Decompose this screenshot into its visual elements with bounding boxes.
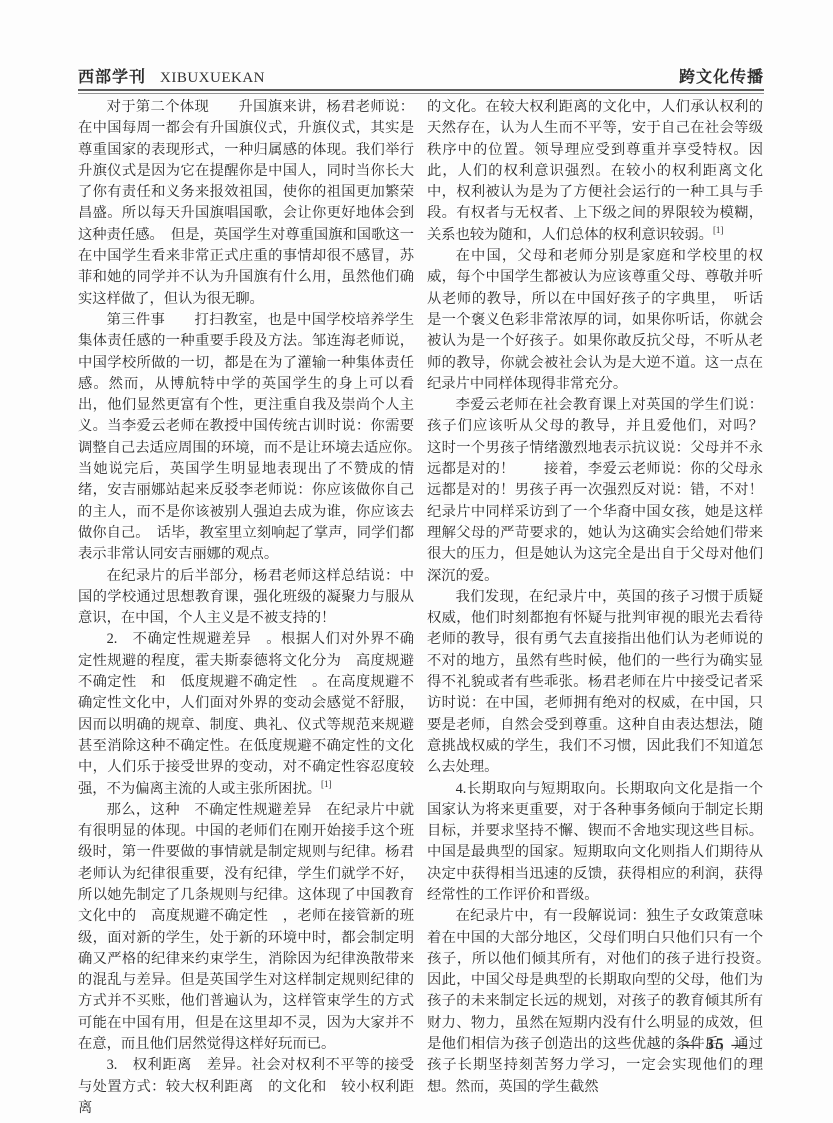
right-column: 的文化。在较大权利距离的文化中，人们承认权利的天然存在，认为人生而不平等，安于自… <box>427 97 763 1119</box>
paragraph: 4.长期取向与短期取向。长期取向文化是指一个国家认为将来更重要，对于各种事务倾向… <box>427 779 763 907</box>
journal-title-group: 西部学刊 XIBUXUEKAN <box>78 64 265 87</box>
paragraph: 第三件事 打扫教室，也是中国学校培养学生集体责任感的一种重要手段及方法。邹连海老… <box>78 310 414 566</box>
journal-name: 西部学刊 <box>78 64 146 87</box>
paragraph: 3. 权利距离 差异。社会对权利不平等的接受与处置方式：较大权利距离 的文化和 … <box>78 1055 414 1119</box>
paragraph: 对于第二个体现 升国旗来讲，杨君老师说：在中国每周一都会有升国旗仪式，升旗仪式，… <box>78 97 414 310</box>
article-body: 对于第二个体现 升国旗来讲，杨君老师说：在中国每周一都会有升国旗仪式，升旗仪式，… <box>78 97 764 1119</box>
page-number: — 35 — <box>683 1036 749 1054</box>
header-double-rule <box>78 89 764 94</box>
paragraph: 李爱云老师在社会教育课上对英国的学生们说：孩子们应该听从父母的教导，并且爱他们，… <box>427 395 763 587</box>
paragraph: 的文化。在较大权利距离的文化中，人们承认权利的天然存在，认为人生而不平等，安于自… <box>427 97 763 246</box>
footnote-ref: [1] <box>713 225 724 235</box>
left-column: 对于第二个体现 升国旗来讲，杨君老师说：在中国每周一都会有升国旗仪式，升旗仪式，… <box>78 97 414 1119</box>
paragraph: 在纪录片的后半部分，杨君老师这样总结说：中国的学校通过思想教育课，强化班级的凝聚… <box>78 566 414 630</box>
footnote-ref: [1] <box>321 779 332 789</box>
paragraph: 2. 不确定性规避差异 。根据人们对外界不确定性规避的程度，霍夫斯泰德将文化分为… <box>78 629 414 799</box>
paragraph: 那么，这种 不确定性规避差异 在纪录片中就有很明显的体现。中国的老师们在刚开始接… <box>78 800 414 1056</box>
paragraph: 在纪录片中，有一段解说词：独生子女政策意味着在中国的大部分地区，父母们明白只他们… <box>427 906 763 1098</box>
page-header: 西部学刊 XIBUXUEKAN 跨文化传播 <box>78 64 764 87</box>
journal-name-pinyin: XIBUXUEKAN <box>160 70 265 87</box>
paragraph: 在中国，父母和老师分别是家庭和学校里的权威，每个中国学生都被认为应该尊重父母、尊… <box>427 246 763 395</box>
section-title: 跨文化传播 <box>679 64 764 87</box>
paragraph: 我们发现，在纪录片中，英国的孩子习惯于质疑权威，他们时刻都抱有怀疑与批判审视的眼… <box>427 587 763 779</box>
journal-page: 西部学刊 XIBUXUEKAN 跨文化传播 对于第二个体现 升国旗来讲，杨君老师… <box>0 0 833 1123</box>
